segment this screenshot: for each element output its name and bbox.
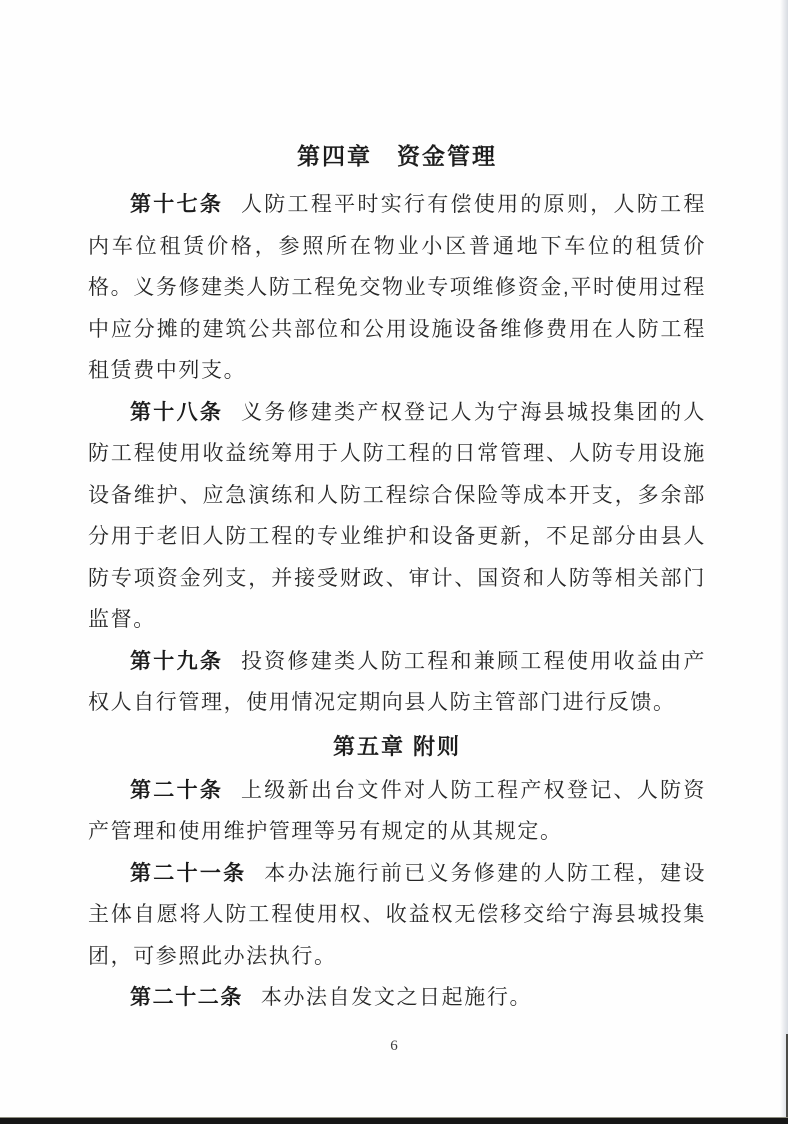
article-21-label: 第二十一条: [130, 862, 246, 885]
article-22: 第二十二条本办法自发文之日起施行。: [88, 977, 706, 1019]
chapter-4-heading: 第四章 资金管理: [88, 134, 706, 178]
article-17: 第十七条人防工程平时实行有偿使用的原则，人防工程内车位租赁价格，参照所在物业小区…: [88, 184, 706, 392]
page-number: 6: [0, 1038, 788, 1055]
chapter-5-heading: 第五章 附则: [88, 726, 706, 768]
article-20-label: 第二十条: [130, 779, 223, 802]
article-19: 第十九条投资修建类人防工程和兼顾工程使用收益由产权人自行管理，使用情况定期向县人…: [88, 641, 706, 724]
scan-edge-right-artifact: [780, 0, 788, 1124]
article-20: 第二十条上级新出台文件对人防工程产权登记、人防资产管理和使用维护管理等另有规定的…: [88, 770, 706, 853]
scan-edge-bottom-artifact: [0, 1118, 788, 1124]
article-17-text: 人防工程平时实行有偿使用的原则，人防工程内车位租赁价格，参照所在物业小区普通地下…: [88, 193, 706, 382]
scanned-document-page: 第四章 资金管理 第十七条人防工程平时实行有偿使用的原则，人防工程内车位租赁价格…: [0, 0, 788, 1124]
article-19-label: 第十九条: [130, 650, 223, 673]
document-content: 第四章 资金管理 第十七条人防工程平时实行有偿使用的原则，人防工程内车位租赁价格…: [88, 134, 706, 1019]
article-17-label: 第十七条: [130, 193, 223, 216]
article-18-text: 义务修建类产权登记人为宁海县城投集团的人防工程使用收益统筹用于人防工程的日常管理…: [88, 401, 706, 632]
article-18-label: 第十八条: [130, 401, 223, 424]
article-21: 第二十一条本办法施行前已义务修建的人防工程，建设主体自愿将人防工程使用权、收益权…: [88, 853, 706, 978]
article-18: 第十八条义务修建类产权登记人为宁海县城投集团的人防工程使用收益统筹用于人防工程的…: [88, 392, 706, 641]
article-22-label: 第二十二条: [130, 986, 243, 1009]
article-22-text: 本办法自发文之日起施行。: [261, 986, 532, 1009]
